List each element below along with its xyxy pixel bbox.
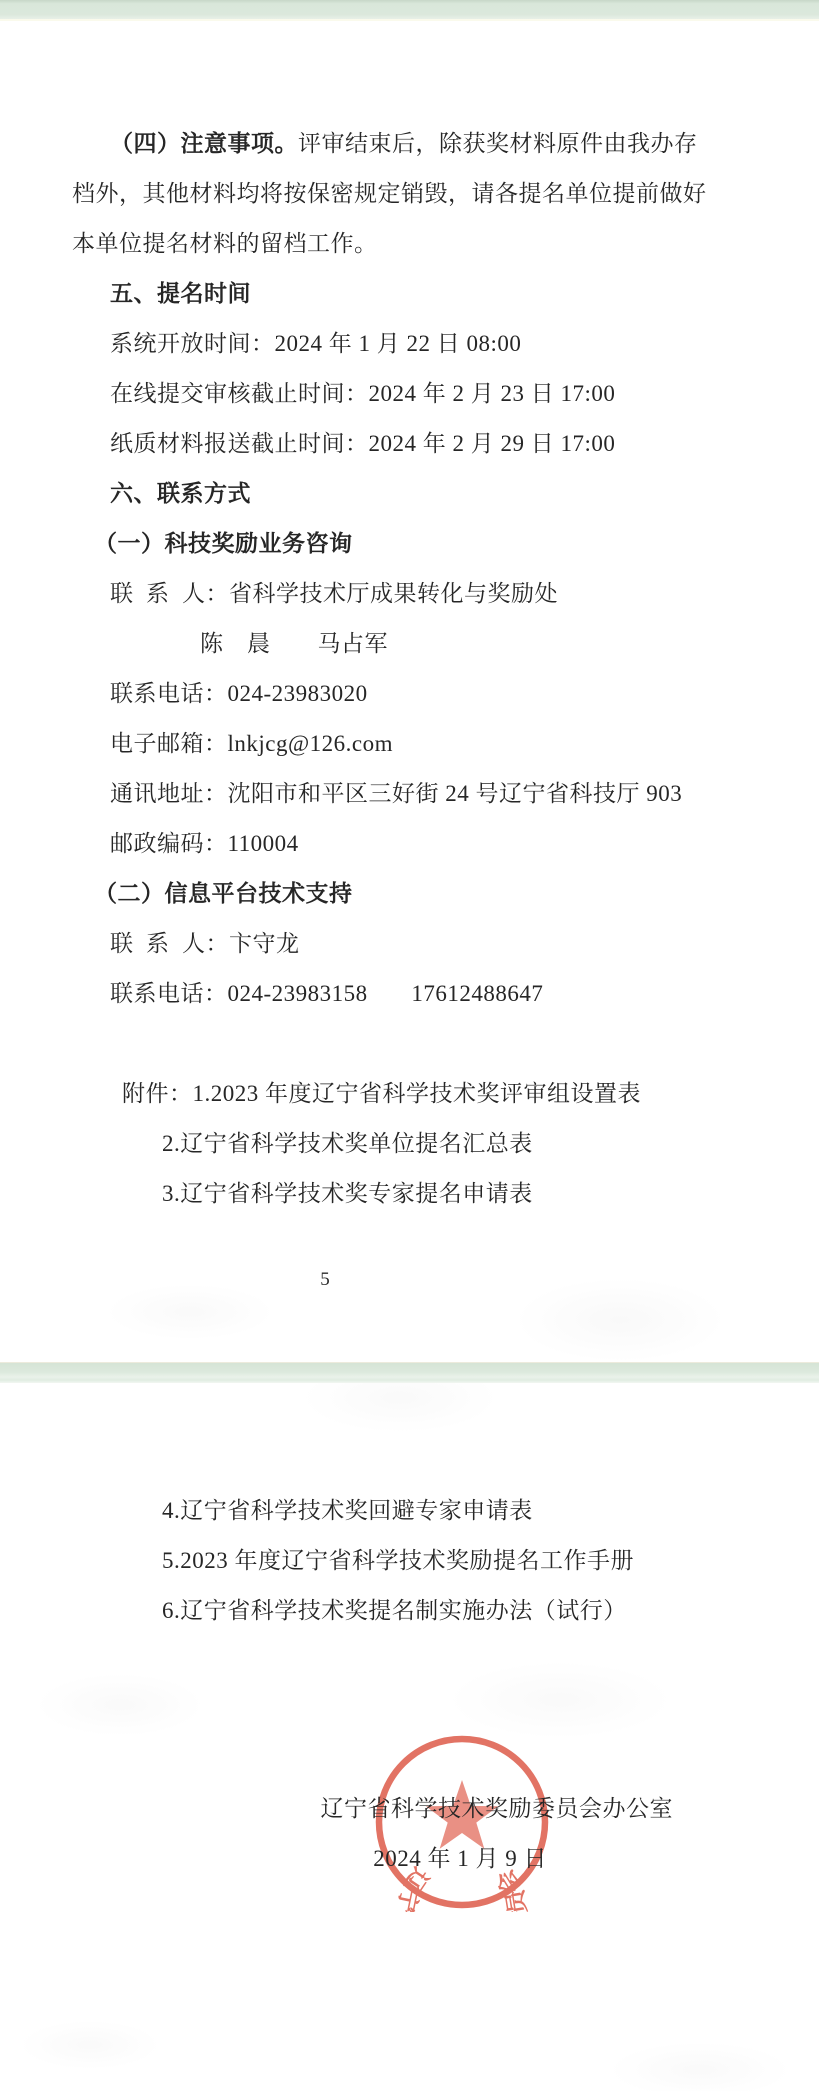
notice-heading: （四）注意事项。 [110,131,298,156]
attachment-item-1: 附件：1.2023 年度辽宁省科学技术奖评审组设置表 [72,1069,753,1119]
contact2-phone: 联系电话：024-23983158 17612488647 [72,969,753,1019]
paper-material-deadline: 纸质材料报送截止时间：2024 年 2 月 29 日 17:00 [72,419,753,469]
signature-office: 辽宁省科学技术奖励委员会办公室 [72,1784,753,1834]
notice-paragraph-line2: 档外，其他材料均将按保密规定销毁，请各提名单位提前做好 [72,169,753,219]
attachment-item-6: 6.辽宁省科学技术奖提名制实施办法（试行） [72,1586,753,1636]
attachment-item-5: 5.2023 年度辽宁省科学技术奖励提名工作手册 [72,1536,753,1586]
section-6-heading: 六、联系方式 [72,469,753,519]
attachment-item-3: 3.辽宁省科学技术奖专家提名申请表 [72,1169,753,1219]
contact2-heading: （二）信息平台技术支持 [72,869,753,919]
page-number: 5 [302,1267,348,1293]
contact1-address: 通讯地址：沈阳市和平区三好街 24 号辽宁省科技厅 903 [72,769,753,819]
document-scan: （四）注意事项。评审结束后，除获奖材料原件由我办存 档外，其他材料均将按保密规定… [0,0,819,2091]
notice-text: 评审结束后，除获奖材料原件由我办存 [298,131,698,156]
contact1-phone: 联系电话：024-23983020 [72,669,753,719]
contact1-email: 电子邮箱：lnkjcg@126.com [72,719,753,769]
contact1-zip: 邮政编码：110004 [72,819,753,869]
attachment-item-2: 2.辽宁省科学技术奖单位提名汇总表 [72,1119,753,1169]
notice-paragraph-line3: 本单位提名材料的留档工作。 [72,219,753,269]
signature-date: 2024 年 1 月 9 日 [72,1834,753,1884]
scan-gutter-page-break [0,1362,819,1383]
online-submit-deadline: 在线提交审核截止时间：2024 年 2 月 23 日 17:00 [72,369,753,419]
system-open-time: 系统开放时间：2024 年 1 月 22 日 08:00 [72,319,753,369]
attachment-item-4: 4.辽宁省科学技术奖回避专家申请表 [72,1486,753,1536]
contact1-person: 联 系 人：省科学技术厅成果转化与奖励处 [72,569,753,619]
document-page-5: （四）注意事项。评审结束后，除获奖材料原件由我办存 档外，其他材料均将按保密规定… [0,19,819,1362]
scan-gutter-top [0,0,819,21]
contact1-names: 陈 晨 马占军 [72,619,753,669]
notice-paragraph-line1: （四）注意事项。评审结束后，除获奖材料原件由我办存 [72,119,753,169]
spacer [72,1019,753,1069]
contact2-person: 联 系 人：卞守龙 [72,919,753,969]
section-5-heading: 五、提名时间 [72,269,753,319]
contact1-heading: （一）科技奖励业务咨询 [72,519,753,569]
